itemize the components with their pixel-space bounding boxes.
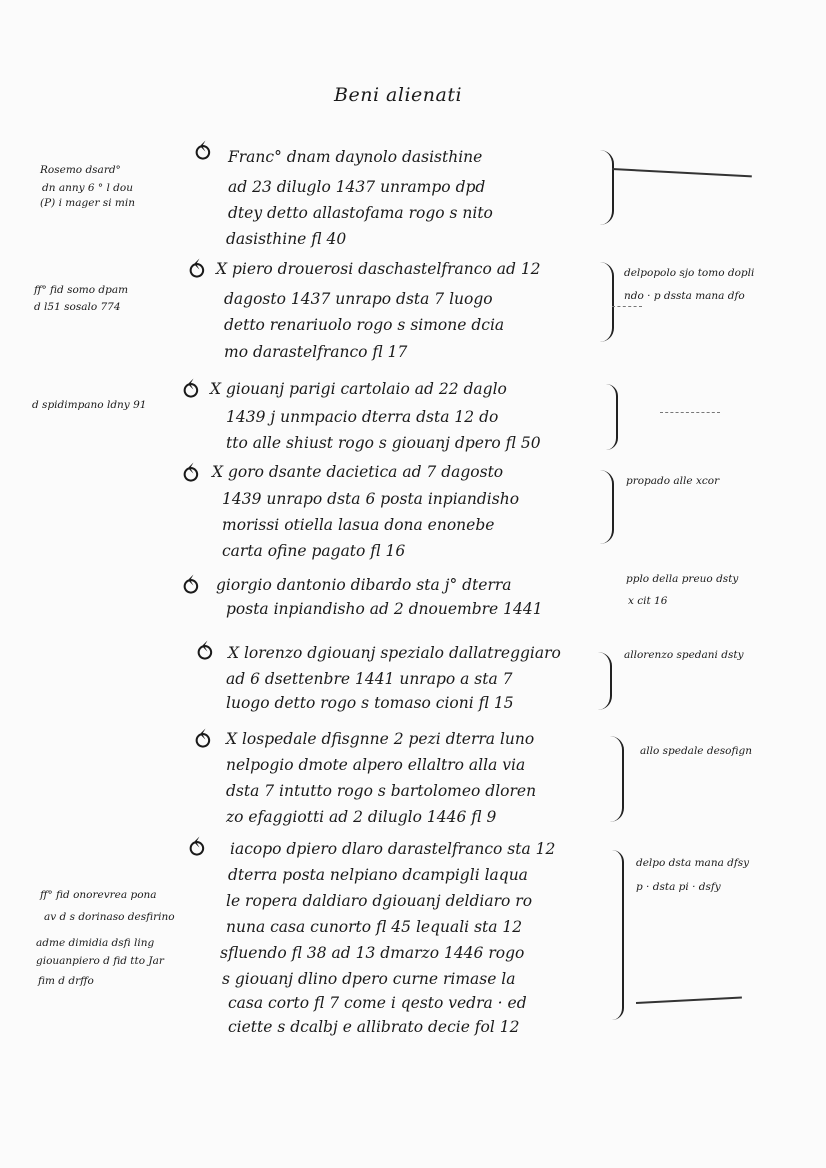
- entry-line: luogo detto rogo s tomaso cioni fl 15: [226, 696, 514, 712]
- entry-line: mo darastelfranco fl 17: [224, 345, 407, 361]
- right-margin-note: delpopolo sjo tomo dopli: [624, 268, 754, 279]
- entry-bracket: [606, 384, 618, 450]
- entry-line: tto alle shiust rogo s giouanj dpero fl …: [226, 436, 541, 452]
- entry-mark-icon: ⥀: [180, 574, 202, 600]
- right-margin-note: pplo della preuo dsty: [626, 574, 738, 585]
- margin-rule: [636, 996, 742, 1003]
- right-margin-note: allorenzo spedani dsty: [624, 650, 744, 661]
- entry-line: ad 6 dsettenbre 1441 unrapo a sta 7: [226, 672, 513, 688]
- entry-mark-icon: ⥀: [186, 258, 208, 284]
- entry-line: dagosto 1437 unrapo dsta 7 luogo: [224, 292, 493, 308]
- margin-rule: [612, 306, 642, 308]
- entry-line: X giouanj parigi cartolaio ad 22 daglo: [210, 382, 507, 398]
- right-margin-note: ndo · p dssta mana dfo: [624, 291, 745, 302]
- manuscript-page: Beni alienati ⥀ Franc° dnam daynolo dasi…: [0, 0, 826, 1168]
- left-margin-note: adme dimidia dsfi ling: [36, 938, 154, 949]
- left-margin-note: d spidimpano ldny 91: [32, 400, 146, 411]
- entry-line: X lorenzo dgiouanj spezialo dallatreggia…: [228, 646, 561, 662]
- right-margin-note: propado alle xcor: [626, 476, 719, 487]
- entry-bracket: [600, 150, 614, 225]
- entry-line: carta ofine pagato fl 16: [222, 544, 405, 560]
- left-margin-note: fim d drffo: [38, 976, 94, 987]
- entry-line: nuna casa cunorto fl 45 lequali sta 12: [226, 920, 522, 936]
- entry-bracket: [612, 850, 624, 1020]
- entry-line: le ropera daldiaro dgiouanj deldiaro ro: [226, 894, 532, 910]
- left-margin-note: av d s dorinaso desfirino: [44, 912, 175, 923]
- right-margin-note: allo spedale desofign: [640, 746, 752, 757]
- entry-line: posta inpiandisho ad 2 dnouembre 1441: [226, 602, 543, 618]
- entry-line: Franc° dnam daynolo dasisthine: [228, 150, 482, 166]
- entry-bracket: [610, 736, 624, 822]
- right-margin-note: x cit 16: [628, 596, 667, 607]
- entry-mark-icon: ⥀: [192, 728, 214, 754]
- entry-mark-icon: ⥀: [180, 378, 202, 404]
- entry-line: sfluendo fl 38 ad 13 dmarzo 1446 rogo: [220, 946, 524, 962]
- entry-line: detto renariuolo rogo s simone dcia: [224, 318, 504, 334]
- right-margin-note: delpo dsta mana dfsy: [636, 858, 749, 869]
- entry-bracket: [598, 652, 612, 710]
- entry-line: X lospedale dfisgnne 2 pezi dterra luno: [226, 732, 534, 748]
- entry-line: s giouanj dlino dpero curne rimase la: [222, 972, 516, 988]
- entry-line: zo efaggiotti ad 2 diluglo 1446 fl 9: [226, 810, 496, 826]
- left-margin-note: dn anny 6 ° l dou: [42, 183, 133, 194]
- entry-line: X goro dsante dacietica ad 7 dagosto: [212, 465, 503, 481]
- entry-line: dasisthine fl 40: [226, 232, 346, 248]
- entry-line: dtey detto allastofama rogo s nito: [228, 206, 493, 222]
- entry-line: nelpogio dmote alpero ellaltro alla via: [226, 758, 525, 774]
- entry-mark-icon: ⥀: [194, 640, 216, 666]
- entry-line: 1439 unrapo dsta 6 posta inpiandisho: [222, 492, 519, 508]
- margin-rule: [612, 168, 752, 177]
- entry-bracket: [600, 470, 614, 544]
- entry-line: dterra posta nelpiano dcampigli laqua: [228, 868, 528, 884]
- left-margin-note: ff° fid somo dpam: [34, 285, 128, 296]
- entry-mark-icon: ⥀: [180, 462, 202, 488]
- margin-rule: [660, 412, 720, 414]
- entry-line: 1439 j unmpacio dterra dsta 12 do: [226, 410, 498, 426]
- left-margin-note: Rosemo dsard°: [40, 165, 121, 176]
- left-margin-note: (P) i mager si min: [40, 198, 135, 209]
- entry-mark-icon: ⥀: [192, 140, 214, 166]
- entry-line: dsta 7 intutto rogo s bartolomeo dloren: [226, 784, 536, 800]
- entry-line: iacopo dpiero dlaro darastelfranco sta 1…: [230, 842, 555, 858]
- entry-mark-icon: ⥀: [186, 836, 208, 862]
- entry-line: X piero drouerosi daschastelfranco ad 12: [216, 262, 541, 278]
- entry-line: morissi otiella lasua dona enonebe: [222, 518, 494, 534]
- entry-line: casa corto fl 7 come i qesto vedra · ed: [228, 996, 527, 1012]
- entry-line: giorgio dantonio dibardo sta j° dterra: [216, 578, 512, 594]
- entry-line: ciette s dcalbj e allibrato decie fol 12: [228, 1020, 520, 1036]
- entry-bracket: [600, 262, 614, 342]
- left-margin-note: giouanpiero d fid tto Jar: [36, 956, 164, 967]
- page-title: Beni alienati: [334, 84, 462, 106]
- left-margin-note: d l51 sosalo 774: [34, 302, 121, 313]
- entry-line: ad 23 diluglo 1437 unrampo dpd: [228, 180, 485, 196]
- left-margin-note: ff° fid onorevrea pona: [40, 890, 157, 901]
- right-margin-note: p · dsta pi · dsfy: [636, 882, 721, 893]
